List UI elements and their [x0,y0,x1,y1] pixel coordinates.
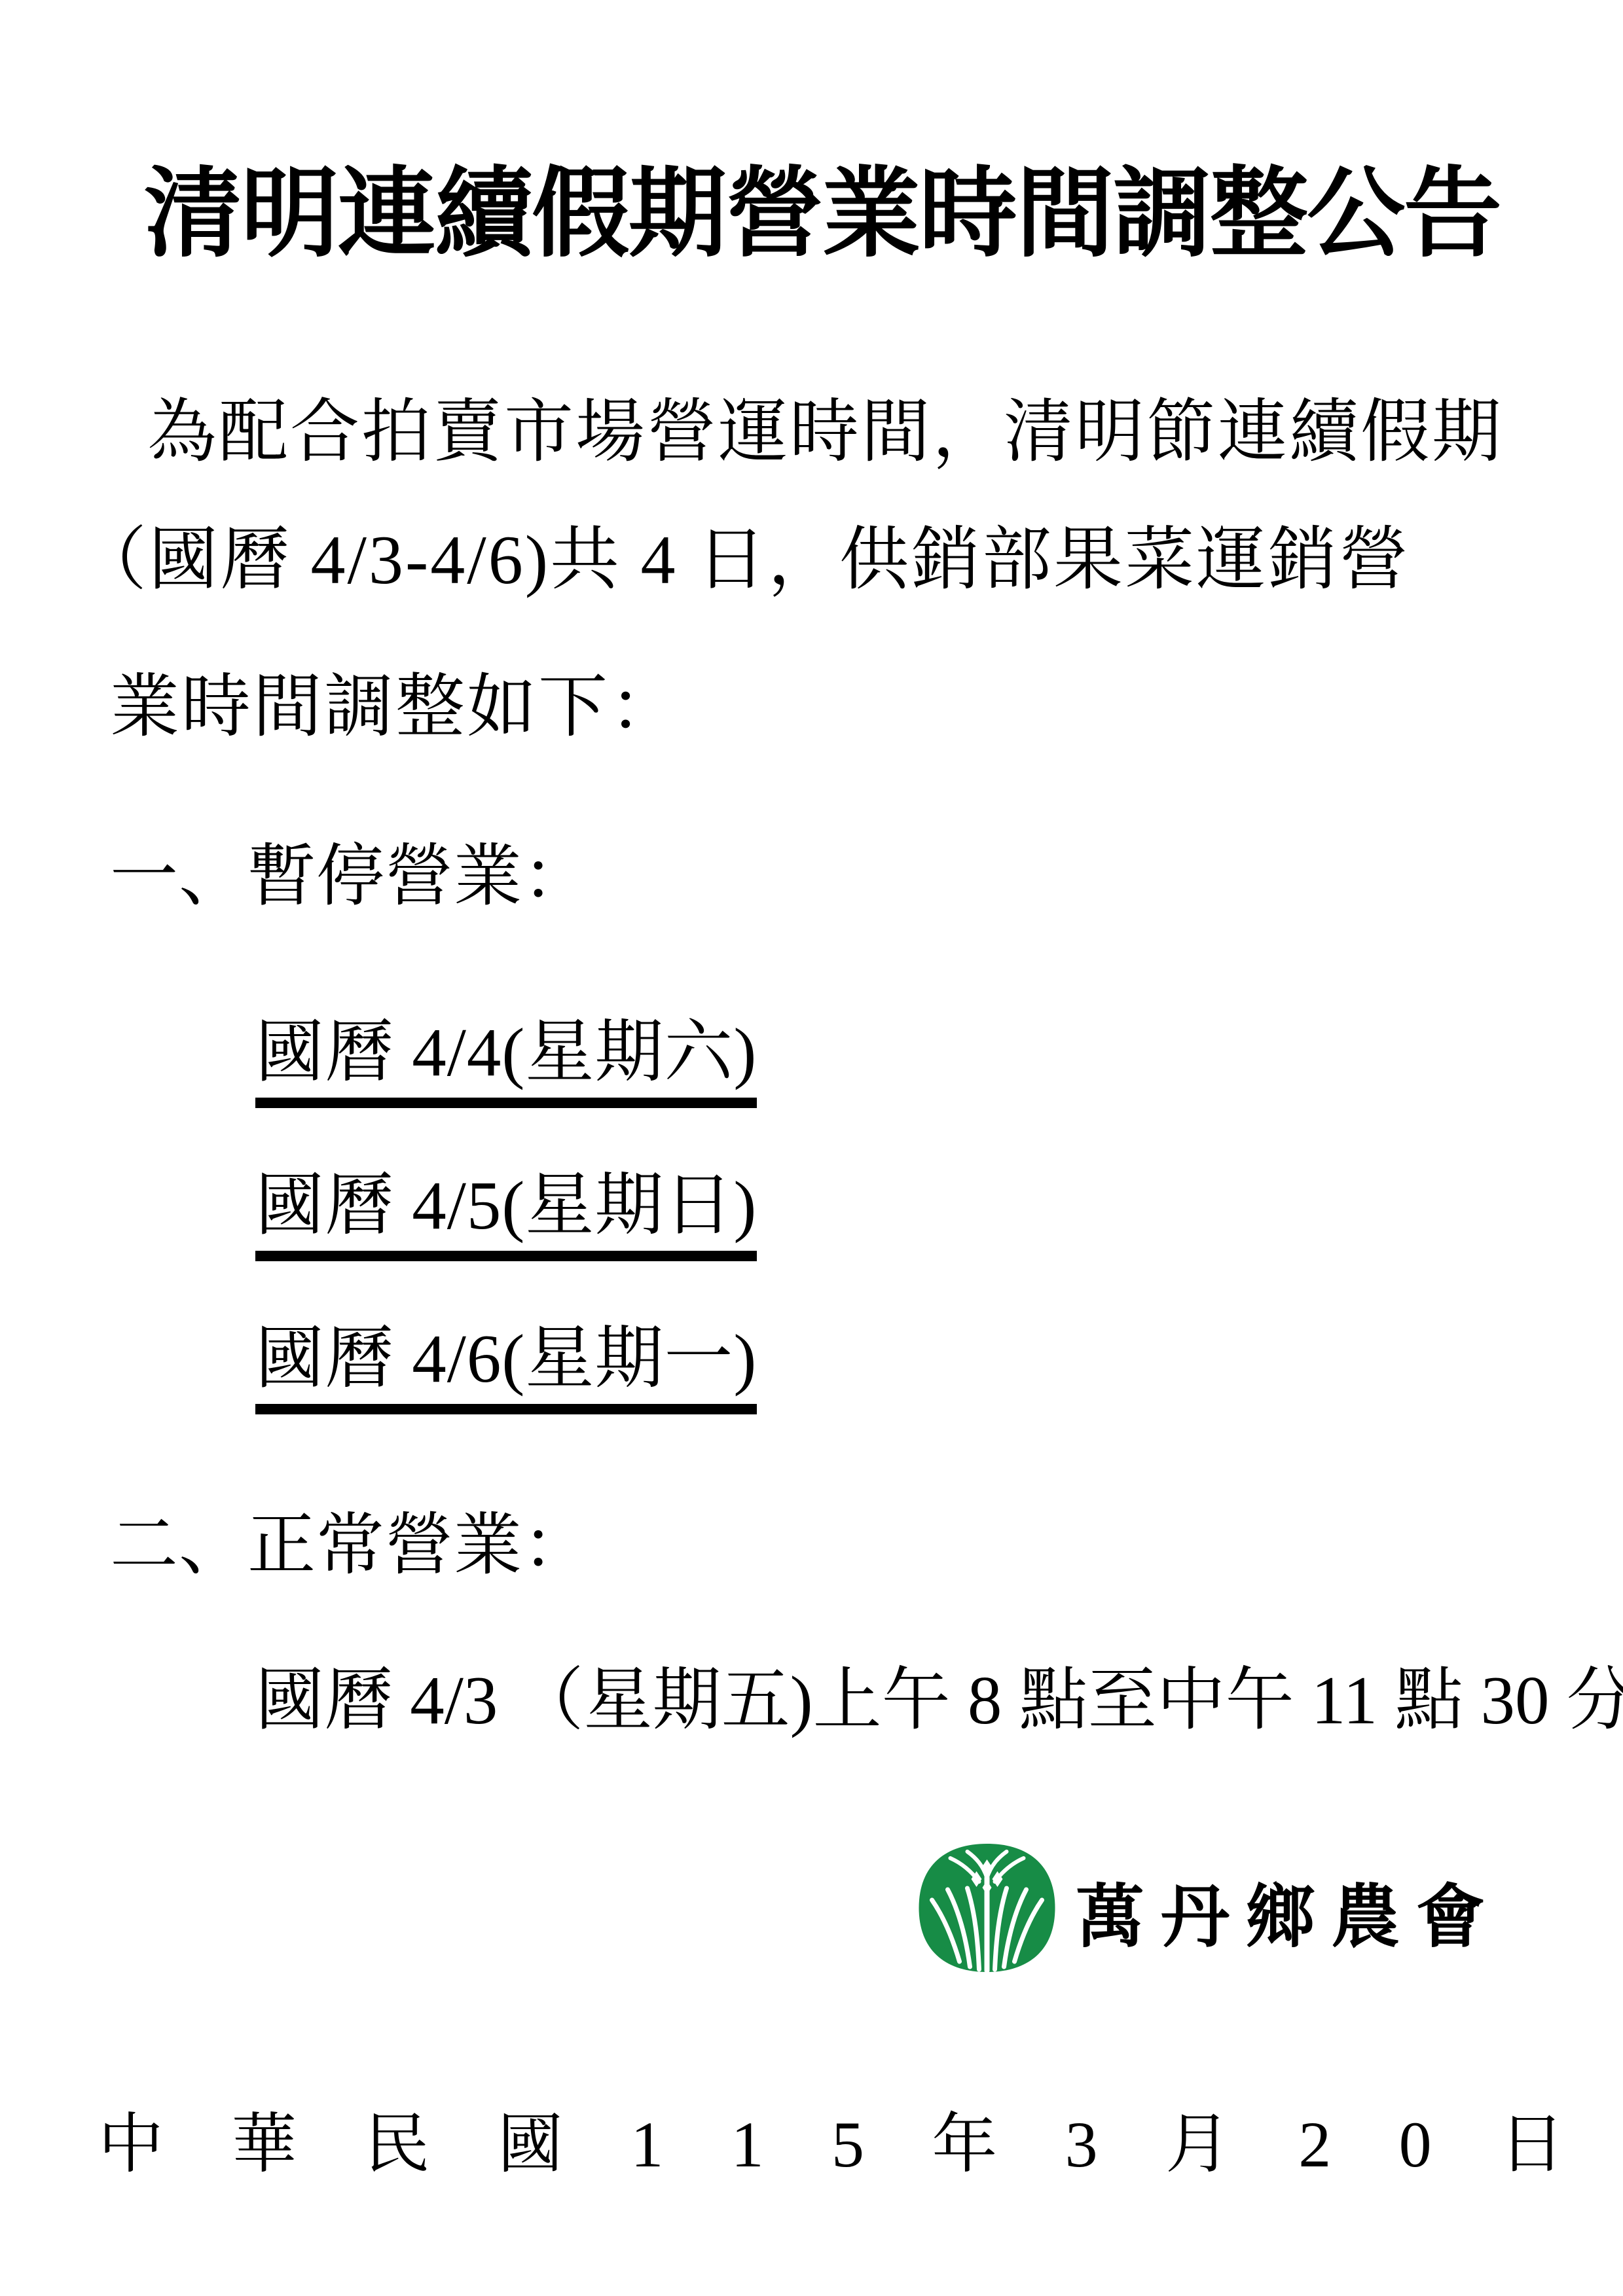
date-token: 2 [1298,2109,1331,2181]
closed-date-item: 國曆 4/6(星期一) [255,1319,757,1414]
date-token: 月 [1165,2109,1231,2181]
date-token: 1 [630,2109,663,2181]
section-2-detail: 國曆 4/3 （星期五)上午 8 點至中午 11 點 30 分 [255,1661,1623,1740]
paragraph-line-3: 業時間調整如下： [110,668,681,747]
date-token: 民 [365,2109,430,2181]
footer-date: 中 華 民 國 1 1 5 年 3 月 2 0 日 [98,2109,1565,2181]
closed-date-text: 國曆 4/5(星期日) [255,1166,757,1261]
closed-date-item: 國曆 4/5(星期日) [255,1166,757,1261]
date-token: 年 [932,2109,997,2181]
date-token: 中 [98,2109,164,2181]
farmers-association-rice-plant-icon [913,1842,1061,1973]
date-token: 5 [831,2109,864,2181]
section-2-heading: 二、正常營業： [110,1507,591,1585]
date-token: 0 [1399,2109,1432,2181]
date-token: 3 [1065,2109,1098,2181]
date-token: 1 [731,2109,764,2181]
date-token: 日 [1499,2109,1565,2181]
date-token: 國 [498,2109,563,2181]
organization-name: 萬丹鄉農會 [1076,1883,1501,1952]
closed-date-item: 國曆 4/4(星期六) [255,1013,757,1108]
paragraph-line-2: （國曆 4/3-4/6)共 4 日，供銷部果菜運銷營 [77,520,1410,600]
paragraph-line-1: 為配合拍賣市場營運時間，清明節連續假期 [147,393,1503,473]
closed-date-text: 國曆 4/6(星期一) [255,1319,757,1414]
section-1-heading: 一、暫停營業： [110,838,591,916]
announcement-document: 清明連續假期營業時間調整公告 為配合拍賣市場營運時間，清明節連續假期 （國曆 4… [0,0,1623,2296]
closed-date-text: 國曆 4/4(星期六) [255,1013,757,1108]
page-title: 清明連續假期營業時間調整公告 [144,157,1501,270]
date-token: 華 [231,2109,297,2181]
